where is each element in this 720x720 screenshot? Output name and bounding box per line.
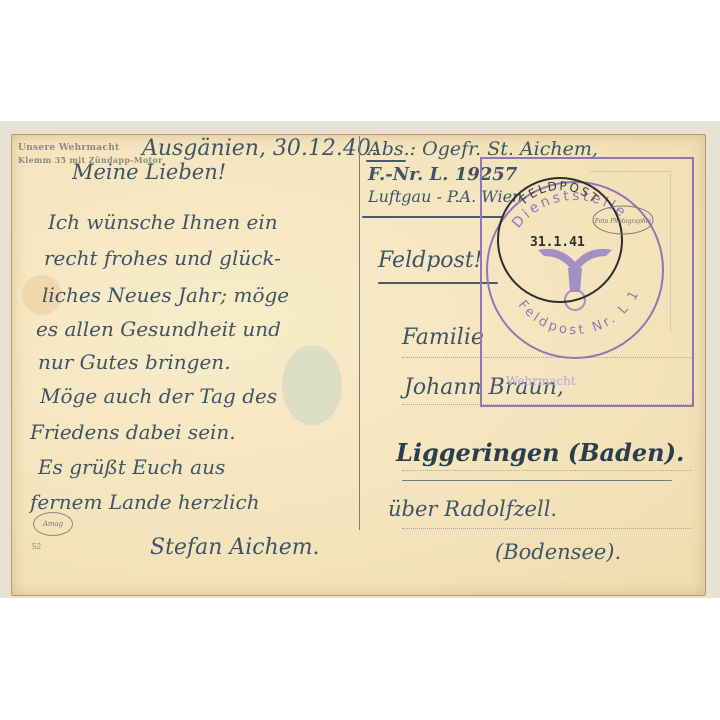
svg-text:Feldpost Nr. L 19257: Feldpost Nr. L 19257: [0, 0, 643, 338]
postmark-date: 31.1.41: [530, 235, 585, 250]
svg-text:Foto Photographie: Foto Photographie: [594, 218, 652, 225]
cachet-text: Wehrmacht: [506, 374, 576, 388]
postmarks: Dienststelle Feldpost Nr. L 19257 FELDPO…: [0, 0, 720, 720]
seal-bottom-text: Feldpost Nr. L 19257: [0, 0, 643, 338]
